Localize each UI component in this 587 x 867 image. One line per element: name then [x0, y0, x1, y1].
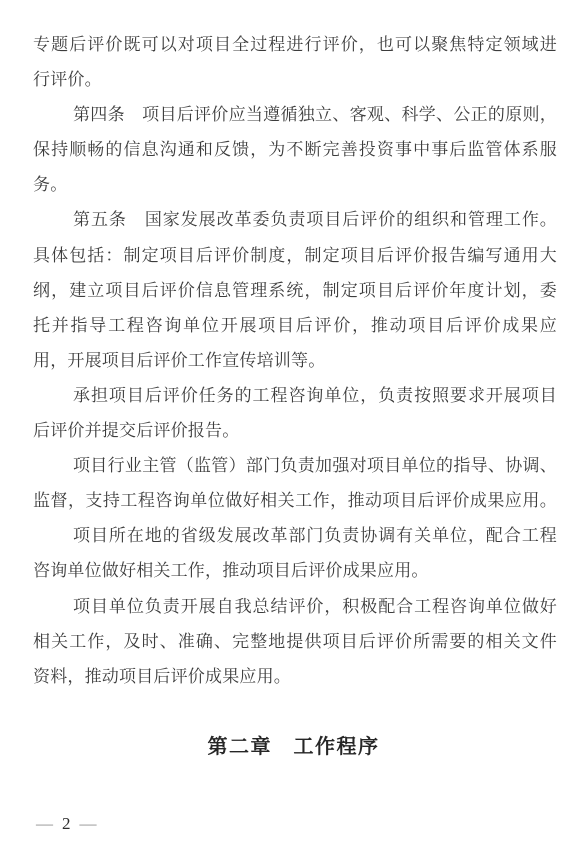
body-line: 行评价。 — [33, 62, 557, 97]
body-line: 资料，推动项目后评价成果应用。 — [33, 659, 557, 694]
body-line: 后评价并提交后评价报告。 — [33, 413, 557, 448]
body-line: 专题后评价既可以对项目全过程进行评价，也可以聚焦特定领域进 — [33, 27, 557, 62]
body-line: 咨询单位做好相关工作，推动项目后评价成果应用。 — [33, 553, 557, 588]
body-line: 具体包括：制定项目后评价制度，制定项目后评价报告编写通用大 — [33, 238, 557, 273]
body-line: 务。 — [33, 167, 557, 202]
body-line: 托并指导工程咨询单位开展项目后评价，推动项目后评价成果应 — [33, 308, 557, 343]
body-line: 纲，建立项目后评价信息管理系统，制定项目后评价年度计划，委 — [33, 273, 557, 308]
document-body: 专题后评价既可以对项目全过程进行评价，也可以聚焦特定领域进 行评价。 第四条 项… — [33, 27, 557, 694]
body-line: 承担项目后评价任务的工程咨询单位，负责按照要求开展项目 — [33, 378, 557, 413]
chapter-heading: 第二章 工作程序 — [0, 730, 587, 759]
body-line-article-5: 第五条 国家发展改革委负责项目后评价的组织和管理工作。 — [33, 202, 557, 237]
body-line: 项目单位负责开展自我总结评价，积极配合工程咨询单位做好 — [33, 589, 557, 624]
body-line: 相关工作，及时、准确、完整地提供项目后评价所需要的相关文件 — [33, 624, 557, 659]
body-line: 项目所在地的省级发展改革部门负责协调有关单位，配合工程 — [33, 518, 557, 553]
page-number-value: 2 — [62, 814, 71, 833]
body-line: 监督，支持工程咨询单位做好相关工作，推动项目后评价成果应用。 — [33, 483, 557, 518]
body-line: 项目行业主管（监管）部门负责加强对项目单位的指导、协调、 — [33, 448, 557, 483]
page-number: —2— — [36, 814, 97, 834]
page-number-dash-left: — — [36, 814, 53, 833]
body-line: 用，开展项目后评价工作宣传培训等。 — [33, 343, 557, 378]
document-page: 专题后评价既可以对项目全过程进行评价，也可以聚焦特定领域进 行评价。 第四条 项… — [0, 0, 587, 867]
body-line-article-4: 第四条 项目后评价应当遵循独立、客观、科学、公正的原则， — [33, 97, 557, 132]
page-number-dash-right: — — [80, 814, 97, 833]
body-line: 保持顺畅的信息沟通和反馈，为不断完善投资事中事后监管体系服 — [33, 132, 557, 167]
